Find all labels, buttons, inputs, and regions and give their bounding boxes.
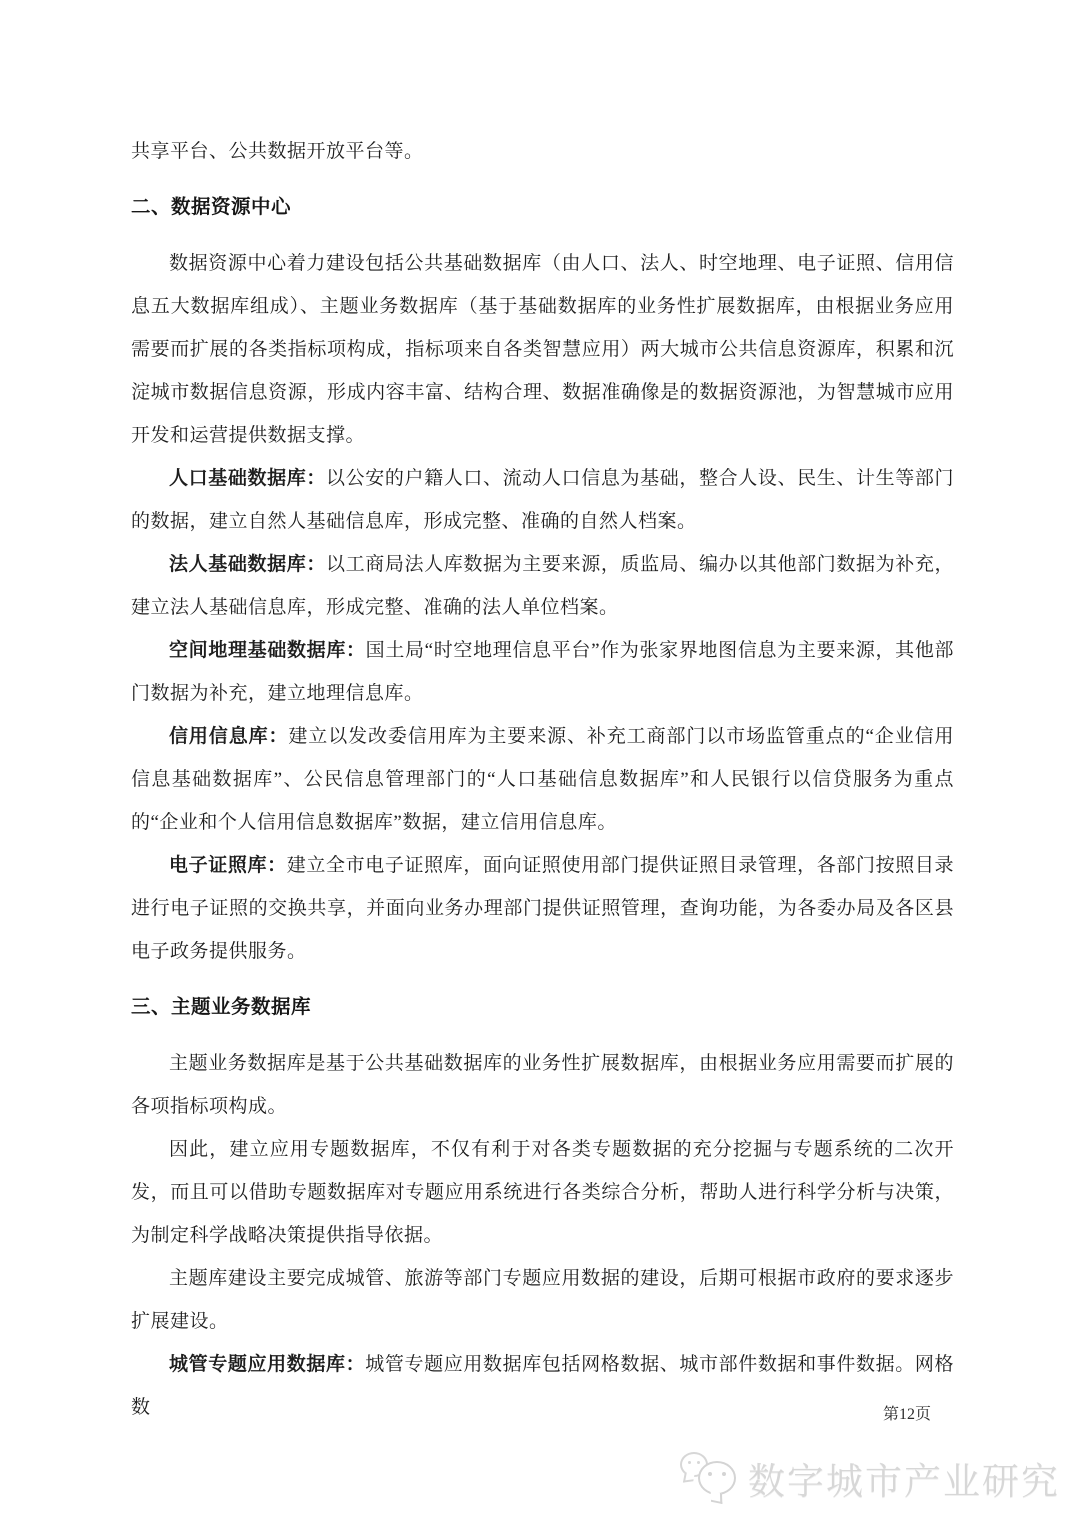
paragraph-lead: 法人基础数据库：: [169, 554, 326, 575]
wechat-icon: [678, 1450, 738, 1506]
watermark: 数字城市产业研究: [678, 1450, 1060, 1506]
document-body: 共享平台、公共数据开放平台等。 二、数据资源中心 数据资源中心着力建设包括公共基…: [131, 130, 954, 1429]
paragraph: 法人基础数据库：以工商局法人库数据为主要来源，质监局、编办以其他部门数据为补充，…: [131, 543, 954, 629]
paragraph: 信用信息库：建立以发改委信用库为主要来源、补充工商部门以市场监管重点的“企业信用…: [131, 715, 954, 844]
section-heading-3: 三、主题业务数据库: [131, 986, 954, 1029]
paragraph: 共享平台、公共数据开放平台等。: [131, 130, 954, 173]
paragraph: 主题库建设主要完成城管、旅游等部门专题应用数据的建设，后期可根据市政府的要求逐步…: [131, 1257, 954, 1343]
paragraph-lead: 信用信息库：: [169, 726, 288, 747]
paragraph-lead: 人口基础数据库：: [169, 468, 326, 489]
paragraph-lead: 城管专题应用数据库：: [169, 1354, 365, 1375]
paragraph: 空间地理基础数据库：国土局“时空地理信息平台”作为张家界地图信息为主要来源，其他…: [131, 629, 954, 715]
section-heading-2: 二、数据资源中心: [131, 186, 954, 229]
paragraph-text: 主题库建设主要完成城管、旅游等部门专题应用数据的建设，后期可根据市政府的要求逐步…: [131, 1268, 954, 1332]
paragraph-lead: 空间地理基础数据库：: [169, 640, 366, 661]
paragraph: 因此，建立应用专题数据库，不仅有利于对各类专题数据的充分挖掘与专题系统的二次开发…: [131, 1128, 954, 1257]
paragraph: 主题业务数据库是基于公共基础数据库的业务性扩展数据库，由根据业务应用需要而扩展的…: [131, 1042, 954, 1128]
paragraph: 人口基础数据库：以公安的户籍人口、流动人口信息为基础，整合人设、民生、计生等部门…: [131, 457, 954, 543]
chat-bubble-big-tail: [711, 1491, 723, 1504]
paragraph-text: 数据资源中心着力建设包括公共基础数据库（由人口、法人、时空地理、电子证照、信用信…: [131, 253, 954, 446]
paragraph: 城管专题应用数据库：城管专题应用数据库包括网格数据、城市部件数据和事件数据。网格…: [131, 1343, 954, 1429]
paragraph-lead: 电子证照库：: [169, 855, 287, 876]
watermark-label: 数字城市产业研究: [748, 1451, 1060, 1505]
paragraph-text: 主题业务数据库是基于公共基础数据库的业务性扩展数据库，由根据业务应用需要而扩展的…: [131, 1053, 954, 1117]
paragraph: 电子证照库：建立全市电子证照库，面向证照使用部门提供证照目录管理，各部门按照目录…: [131, 844, 954, 973]
document-page: 共享平台、公共数据开放平台等。 二、数据资源中心 数据资源中心着力建设包括公共基…: [0, 0, 1080, 1526]
chat-bubble-small-tail: [683, 1471, 695, 1482]
paragraph-text: 因此，建立应用专题数据库，不仅有利于对各类专题数据的充分挖掘与专题系统的二次开发…: [131, 1139, 954, 1246]
chat-bubble-big: [698, 1461, 736, 1495]
paragraph: 数据资源中心着力建设包括公共基础数据库（由人口、法人、时空地理、电子证照、信用信…: [131, 242, 954, 457]
page-number: 第12页: [883, 1402, 931, 1428]
